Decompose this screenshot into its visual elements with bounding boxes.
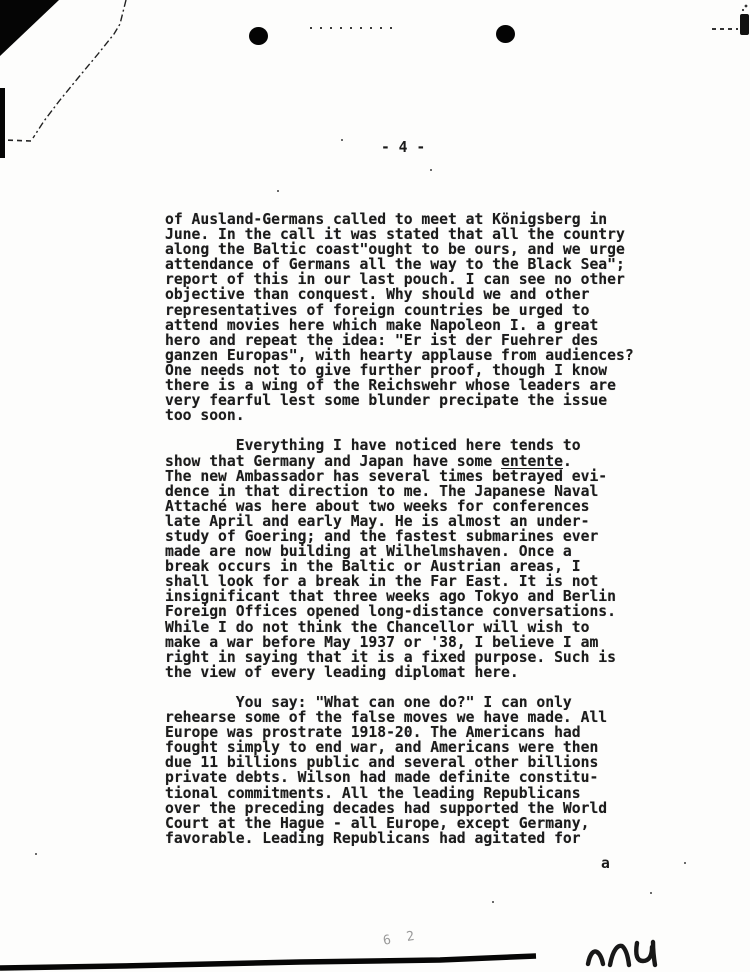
text-line: there is a wing of the Reichswehr whose … [165,378,634,393]
hole-punch-right [496,25,515,43]
toner-speck [341,139,343,141]
toner-speck [492,901,494,903]
text-line: June. In the call it was stated that all… [165,227,634,242]
text-line: due 11 billions public and several other… [165,755,634,770]
underlined-word: entente [501,453,563,470]
pencil-mark: 6 2 [382,928,419,948]
paragraph-1: of Ausland-Germans called to meet at Kön… [165,212,634,423]
toner-speck [35,853,37,855]
paragraph-gap [165,423,634,438]
text-line: make a war before May 1937 or '38, I bel… [165,635,634,650]
text-line: dence in that direction to me. The Japan… [165,484,634,499]
text-line: along the Baltic coast"ought to be ours,… [165,242,634,257]
toner-speck [430,169,432,171]
text-line: objective than conquest. Why should we a… [165,287,634,302]
scanned-letter-page: - 4 - of Ausland-Germans called to meet … [0,0,750,972]
bottom-scan-edge-line [0,956,536,968]
text-line: insignificant that three weeks ago Tokyo… [165,589,634,604]
toner-speck [277,190,279,192]
toner-speck [650,892,652,894]
hole-punch-left [249,27,268,45]
text-line: report of this in our last pouch. I can … [165,272,634,287]
toner-speck [684,862,686,864]
text-line: shall look for a break in the Far East. … [165,574,634,589]
page-number: - 4 - [381,139,425,156]
text-line: While I do not think the Chancellor will… [165,620,634,635]
text-line: ganzen Europas", with hearty applause fr… [165,348,634,363]
text-line: of Ausland-Germans called to meet at Kön… [165,212,634,227]
text-line: Foreign Offices opened long-distance con… [165,604,634,619]
paragraph-gap [165,680,634,695]
paragraph-2: Everything I have noticed here tends to … [165,438,634,680]
text-line: favorable. Leading Republicans had agita… [165,831,634,846]
scan-corner-artifact [0,0,59,56]
annotation-letter-a: a [601,855,610,872]
text-line: You say: "What can one do?" I can only [165,695,634,710]
text-line: study of Goering; and the fastest submar… [165,529,634,544]
text-line: attendance of Germans all the way to the… [165,257,634,272]
text-line: the view of every leading diplomat here. [165,665,634,680]
text-line: break occurs in the Baltic or Austrian a… [165,559,634,574]
text-line: attend movies here which make Napoleon I… [165,318,634,333]
paragraph-3: You say: "What can one do?" I can only r… [165,695,634,846]
text-segment: show that Germany and Japan have some [165,453,501,470]
text-line: late April and early May. He is almost a… [165,514,634,529]
text-line: rehearse some of the false moves we have… [165,710,634,725]
text-line: hero and repeat the idea: "Er ist der Fu… [165,333,634,348]
text-line-with-underline: show that Germany and Japan have some en… [165,454,634,469]
text-line: private debts. Wilson had made definite … [165,770,634,785]
text-line: Attaché was here about two weeks for con… [165,499,634,514]
scan-right-edge-artifact [712,5,749,35]
text-line: very fearful lest some blunder precipate… [165,393,634,408]
text-line: One needs not to give further proof, tho… [165,363,634,378]
text-line: Europe was prostrate 1918-20. The Americ… [165,725,634,740]
text-line: representatives of foreign countries be … [165,303,634,318]
letter-body: of Ausland-Germans called to meet at Kön… [165,212,634,846]
handwritten-mark [588,942,655,965]
text-line: right in saying that it is a fixed purpo… [165,650,634,665]
text-line: too soon. [165,408,634,423]
text-line: made are now building at Wilhelmshaven. … [165,544,634,559]
text-line: over the preceding decades had supported… [165,801,634,816]
text-line: tional commitments. All the leading Repu… [165,786,634,801]
text-line: The new Ambassador has several times bet… [165,469,634,484]
scan-left-edge-artifact [0,88,5,158]
text-line: Court at the Hague - all Europe, except … [165,816,634,831]
text-line: fought simply to end war, and Americans … [165,740,634,755]
text-line: Everything I have noticed here tends to [165,438,634,453]
text-segment: . [563,453,572,470]
